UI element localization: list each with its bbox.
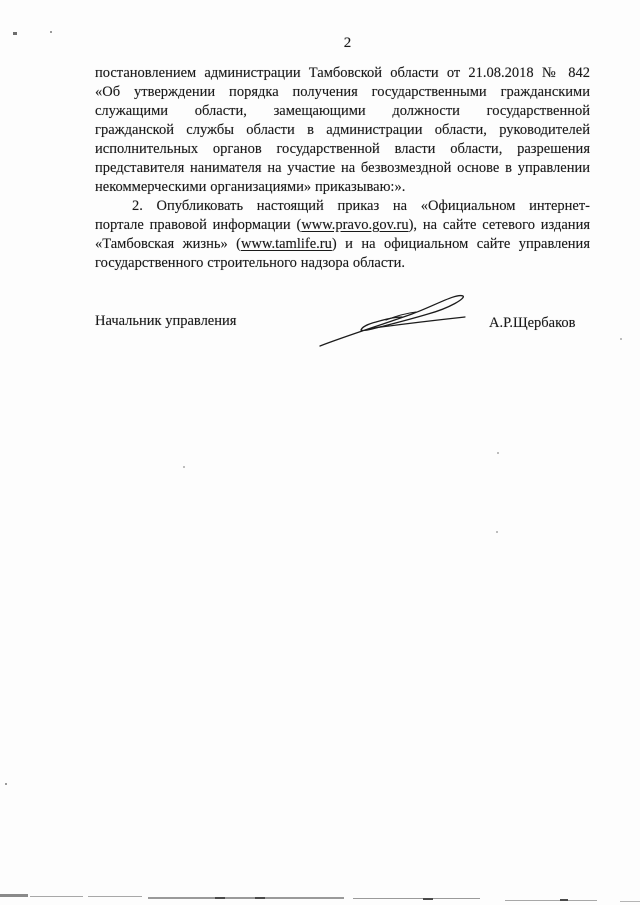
document-page: 2 постановлением администрации Тамбовско… — [0, 0, 640, 905]
signature-title: Начальник управления — [95, 312, 236, 331]
text-line: некоммерческими организациями» приказыва… — [95, 178, 590, 197]
text-line: «Об утверждении порядка получения госуда… — [95, 83, 590, 102]
text-line: служащими области, замещающими должности… — [95, 102, 590, 121]
text-line: государственного строительного надзора о… — [95, 254, 590, 273]
scan-speckle — [497, 452, 499, 454]
text-line: представителя нанимателя на участие на б… — [95, 159, 590, 178]
signee-name: А.Р.Щербаков — [489, 314, 576, 333]
scan-line-artifact — [560, 899, 568, 901]
text-line: «Тамбовская жизнь» (www.tamlife.ru) и на… — [95, 235, 590, 254]
text-line-clause-2: 2. Опубликовать настоящий приказ на «Офи… — [95, 197, 590, 216]
scan-line-artifact — [505, 900, 597, 901]
scan-line-artifact — [0, 894, 28, 897]
text-line: исполнительных органов государственной в… — [95, 140, 590, 159]
text-segment: «Тамбовская жизнь» ( — [95, 236, 241, 252]
scan-speckle — [620, 338, 622, 340]
link-tamlife-ru: www.tamlife.ru — [241, 236, 332, 252]
text-line: портале правовой информации (www.pravo.g… — [95, 216, 590, 235]
scan-line-artifact — [255, 897, 265, 899]
scan-line-artifact — [215, 897, 225, 899]
handwritten-signature-icon — [316, 284, 470, 352]
scan-speckle — [496, 531, 498, 533]
scan-line-artifact — [88, 896, 142, 897]
page-number: 2 — [100, 35, 595, 52]
text-segment: ), на сайте сетевого издания — [409, 217, 590, 233]
scan-line-artifact — [620, 901, 640, 902]
scan-line-artifact — [30, 896, 83, 897]
scan-speckle — [5, 783, 7, 785]
scan-line-artifact — [353, 898, 480, 899]
scan-speckle — [50, 31, 52, 33]
document-body: постановлением администрации Тамбовской … — [95, 64, 590, 273]
text-line: гражданской службы области в администрац… — [95, 121, 590, 140]
scan-speckle — [13, 32, 17, 35]
scan-line-artifact — [423, 898, 433, 900]
text-segment: портале правовой информации ( — [95, 217, 301, 233]
scan-speckle — [183, 466, 185, 468]
text-segment: ) и на официальном сайте управления — [332, 236, 590, 252]
scan-line-artifact — [148, 897, 344, 899]
text-line: постановлением администрации Тамбовской … — [95, 64, 590, 83]
link-pravo-gov-ru: www.pravo.gov.ru — [301, 217, 408, 233]
